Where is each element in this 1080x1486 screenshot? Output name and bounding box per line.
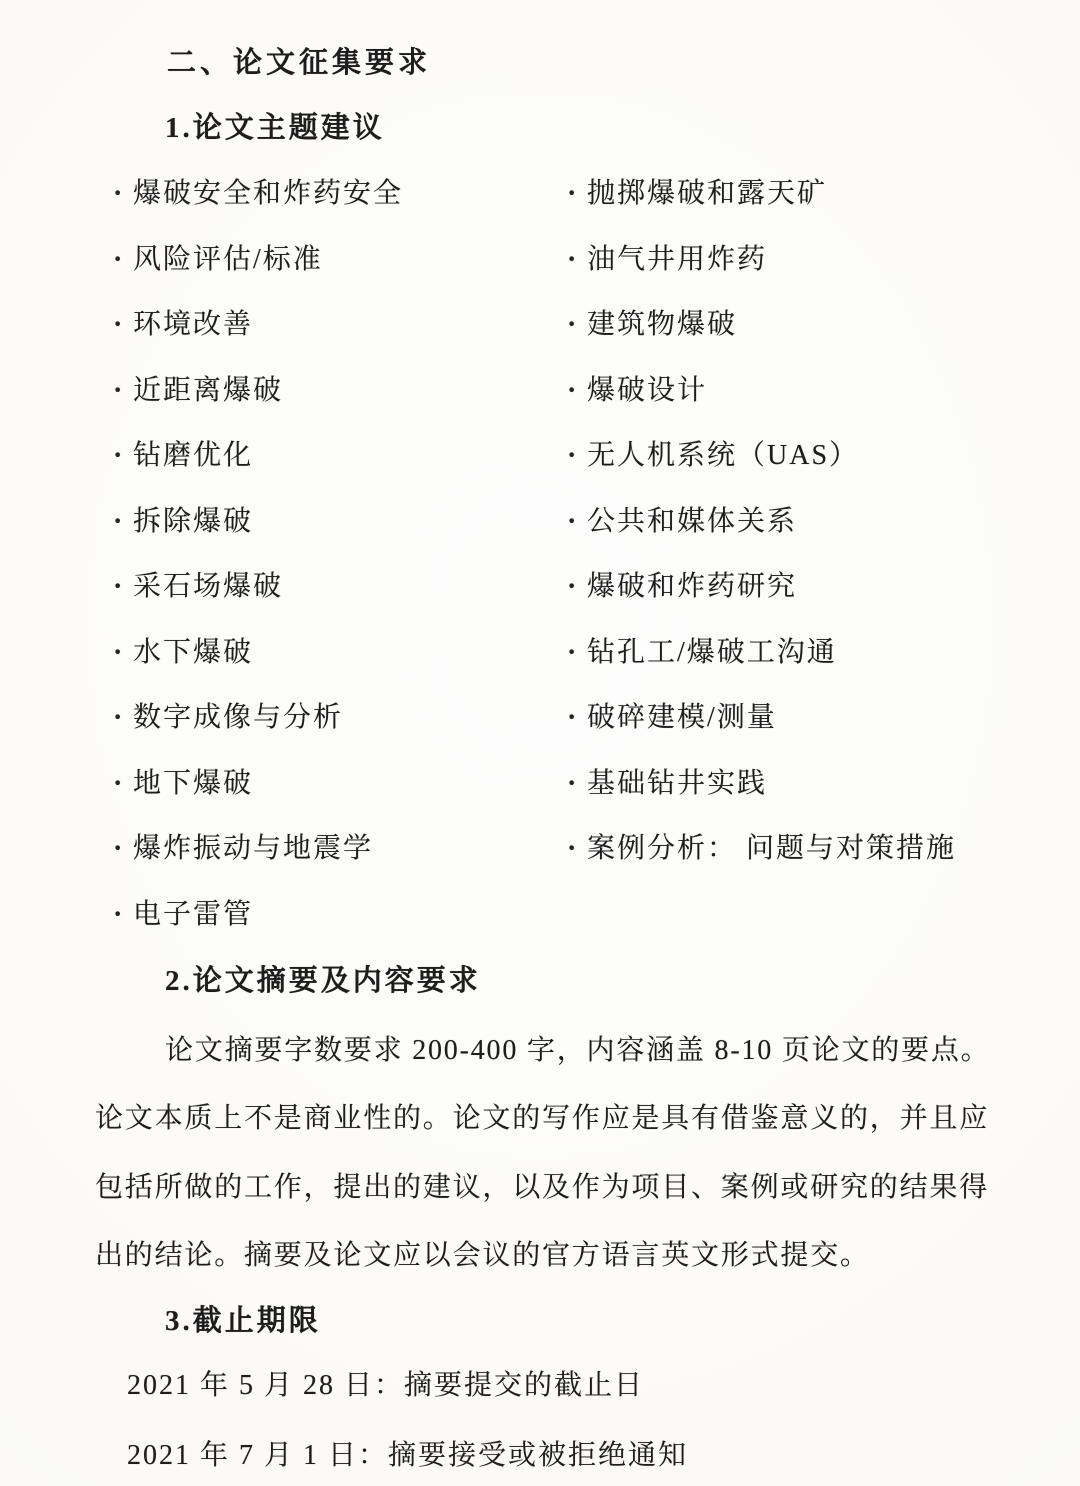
bullet-icon: · <box>113 700 133 736</box>
topic-label: 爆炸振动与地震学 <box>133 833 373 864</box>
bullet-icon: · <box>567 373 587 409</box>
document-page: 二、论文征集要求 1.论文主题建议 ·爆破安全和炸药安全 ·风险评估/标准 ·环… <box>0 0 1080 1486</box>
topic-label: 建筑物爆破 <box>587 309 737 340</box>
topic-label: 采石场爆破 <box>133 571 283 602</box>
abstract-paragraph-line: 论文摘要字数要求 200-400 字，内容涵盖 8-10 页论文的要点。 <box>165 1033 990 1069</box>
topic-item: ·油气井用炸药 <box>567 242 767 278</box>
bullet-icon: · <box>113 176 133 212</box>
topic-item: ·钻磨优化 <box>113 438 253 474</box>
subsection-3-title: 3.截止期限 <box>165 1303 321 1339</box>
topic-item: ·钻孔工/爆破工沟通 <box>567 635 837 671</box>
bullet-icon: · <box>113 897 133 933</box>
topic-item: ·建筑物爆破 <box>567 307 737 343</box>
topic-label: 案例分析： 问题与对策措施 <box>587 833 956 864</box>
topic-label: 爆破设计 <box>587 375 707 406</box>
abstract-paragraph-line: 论文本质上不是商业性的。论文的写作应是具有借鉴意义的，并且应 <box>95 1101 989 1137</box>
topic-label: 水下爆破 <box>133 637 253 668</box>
topic-item: ·破碎建模/测量 <box>567 700 777 736</box>
topic-item: ·环境改善 <box>113 307 253 343</box>
topic-item: ·爆破设计 <box>567 373 707 409</box>
topic-item: ·抛掷爆破和露天矿 <box>567 176 827 212</box>
bullet-icon: · <box>567 307 587 343</box>
subsection-2-title: 2.论文摘要及内容要求 <box>165 963 481 999</box>
topic-label: 爆破安全和炸药安全 <box>133 178 403 209</box>
bullet-icon: · <box>567 766 587 802</box>
topic-label: 油气井用炸药 <box>587 244 767 275</box>
topic-item: ·风险评估/标准 <box>113 242 323 278</box>
abstract-paragraph-line: 出的结论。摘要及论文应以会议的官方语言英文形式提交。 <box>95 1238 870 1274</box>
topic-item: ·基础钻井实践 <box>567 766 767 802</box>
bullet-icon: · <box>567 569 587 605</box>
topic-item: ·水下爆破 <box>113 635 253 671</box>
topic-label: 电子雷管 <box>133 899 253 930</box>
topic-item: ·地下爆破 <box>113 766 253 802</box>
topic-label: 破碎建模/测量 <box>587 702 777 733</box>
topic-label: 钻磨优化 <box>133 440 253 471</box>
topic-item: ·采石场爆破 <box>113 569 283 605</box>
topic-item: ·爆破和炸药研究 <box>567 569 797 605</box>
topic-item: ·爆炸振动与地震学 <box>113 831 373 867</box>
topic-item: ·公共和媒体关系 <box>567 504 797 540</box>
topic-label: 抛掷爆破和露天矿 <box>587 178 827 209</box>
topic-item: ·电子雷管 <box>113 897 253 933</box>
topic-item: ·近距离爆破 <box>113 373 283 409</box>
topic-label: 环境改善 <box>133 309 253 340</box>
topic-label: 基础钻井实践 <box>587 768 767 799</box>
bullet-icon: · <box>567 635 587 671</box>
abstract-paragraph-line: 包括所做的工作，提出的建议，以及作为项目、案例或研究的结果得 <box>95 1170 989 1206</box>
deadline-line: 2021 年 7 月 1 日：摘要接受或被拒绝通知 <box>127 1438 688 1474</box>
topic-label: 数字成像与分析 <box>133 702 343 733</box>
topic-label: 爆破和炸药研究 <box>587 571 797 602</box>
topic-label: 地下爆破 <box>133 768 253 799</box>
bullet-icon: · <box>113 438 133 474</box>
bullet-icon: · <box>567 700 587 736</box>
bullet-icon: · <box>567 438 587 474</box>
topic-item: ·案例分析： 问题与对策措施 <box>567 831 956 867</box>
bullet-icon: · <box>113 569 133 605</box>
bullet-icon: · <box>113 766 133 802</box>
bullet-icon: · <box>113 307 133 343</box>
section-title: 二、论文征集要求 <box>167 45 431 81</box>
bullet-icon: · <box>113 242 133 278</box>
bullet-icon: · <box>567 831 587 867</box>
bullet-icon: · <box>567 242 587 278</box>
bullet-icon: · <box>567 176 587 212</box>
subsection-1-title: 1.论文主题建议 <box>165 110 385 146</box>
topic-label: 无人机系统（UAS） <box>587 440 859 471</box>
topic-item: ·爆破安全和炸药安全 <box>113 176 403 212</box>
bullet-icon: · <box>113 504 133 540</box>
bullet-icon: · <box>113 831 133 867</box>
bullet-icon: · <box>113 373 133 409</box>
bullet-icon: · <box>567 504 587 540</box>
topic-item: ·数字成像与分析 <box>113 700 343 736</box>
topic-item: ·无人机系统（UAS） <box>567 438 859 474</box>
deadline-line: 2021 年 5 月 28 日：摘要提交的截止日 <box>127 1368 644 1404</box>
bullet-icon: · <box>113 635 133 671</box>
topic-item: ·拆除爆破 <box>113 504 253 540</box>
topic-label: 近距离爆破 <box>133 375 283 406</box>
topic-label: 风险评估/标准 <box>133 244 323 275</box>
topic-label: 公共和媒体关系 <box>587 506 797 537</box>
topic-label: 钻孔工/爆破工沟通 <box>587 637 837 668</box>
topic-label: 拆除爆破 <box>133 506 253 537</box>
